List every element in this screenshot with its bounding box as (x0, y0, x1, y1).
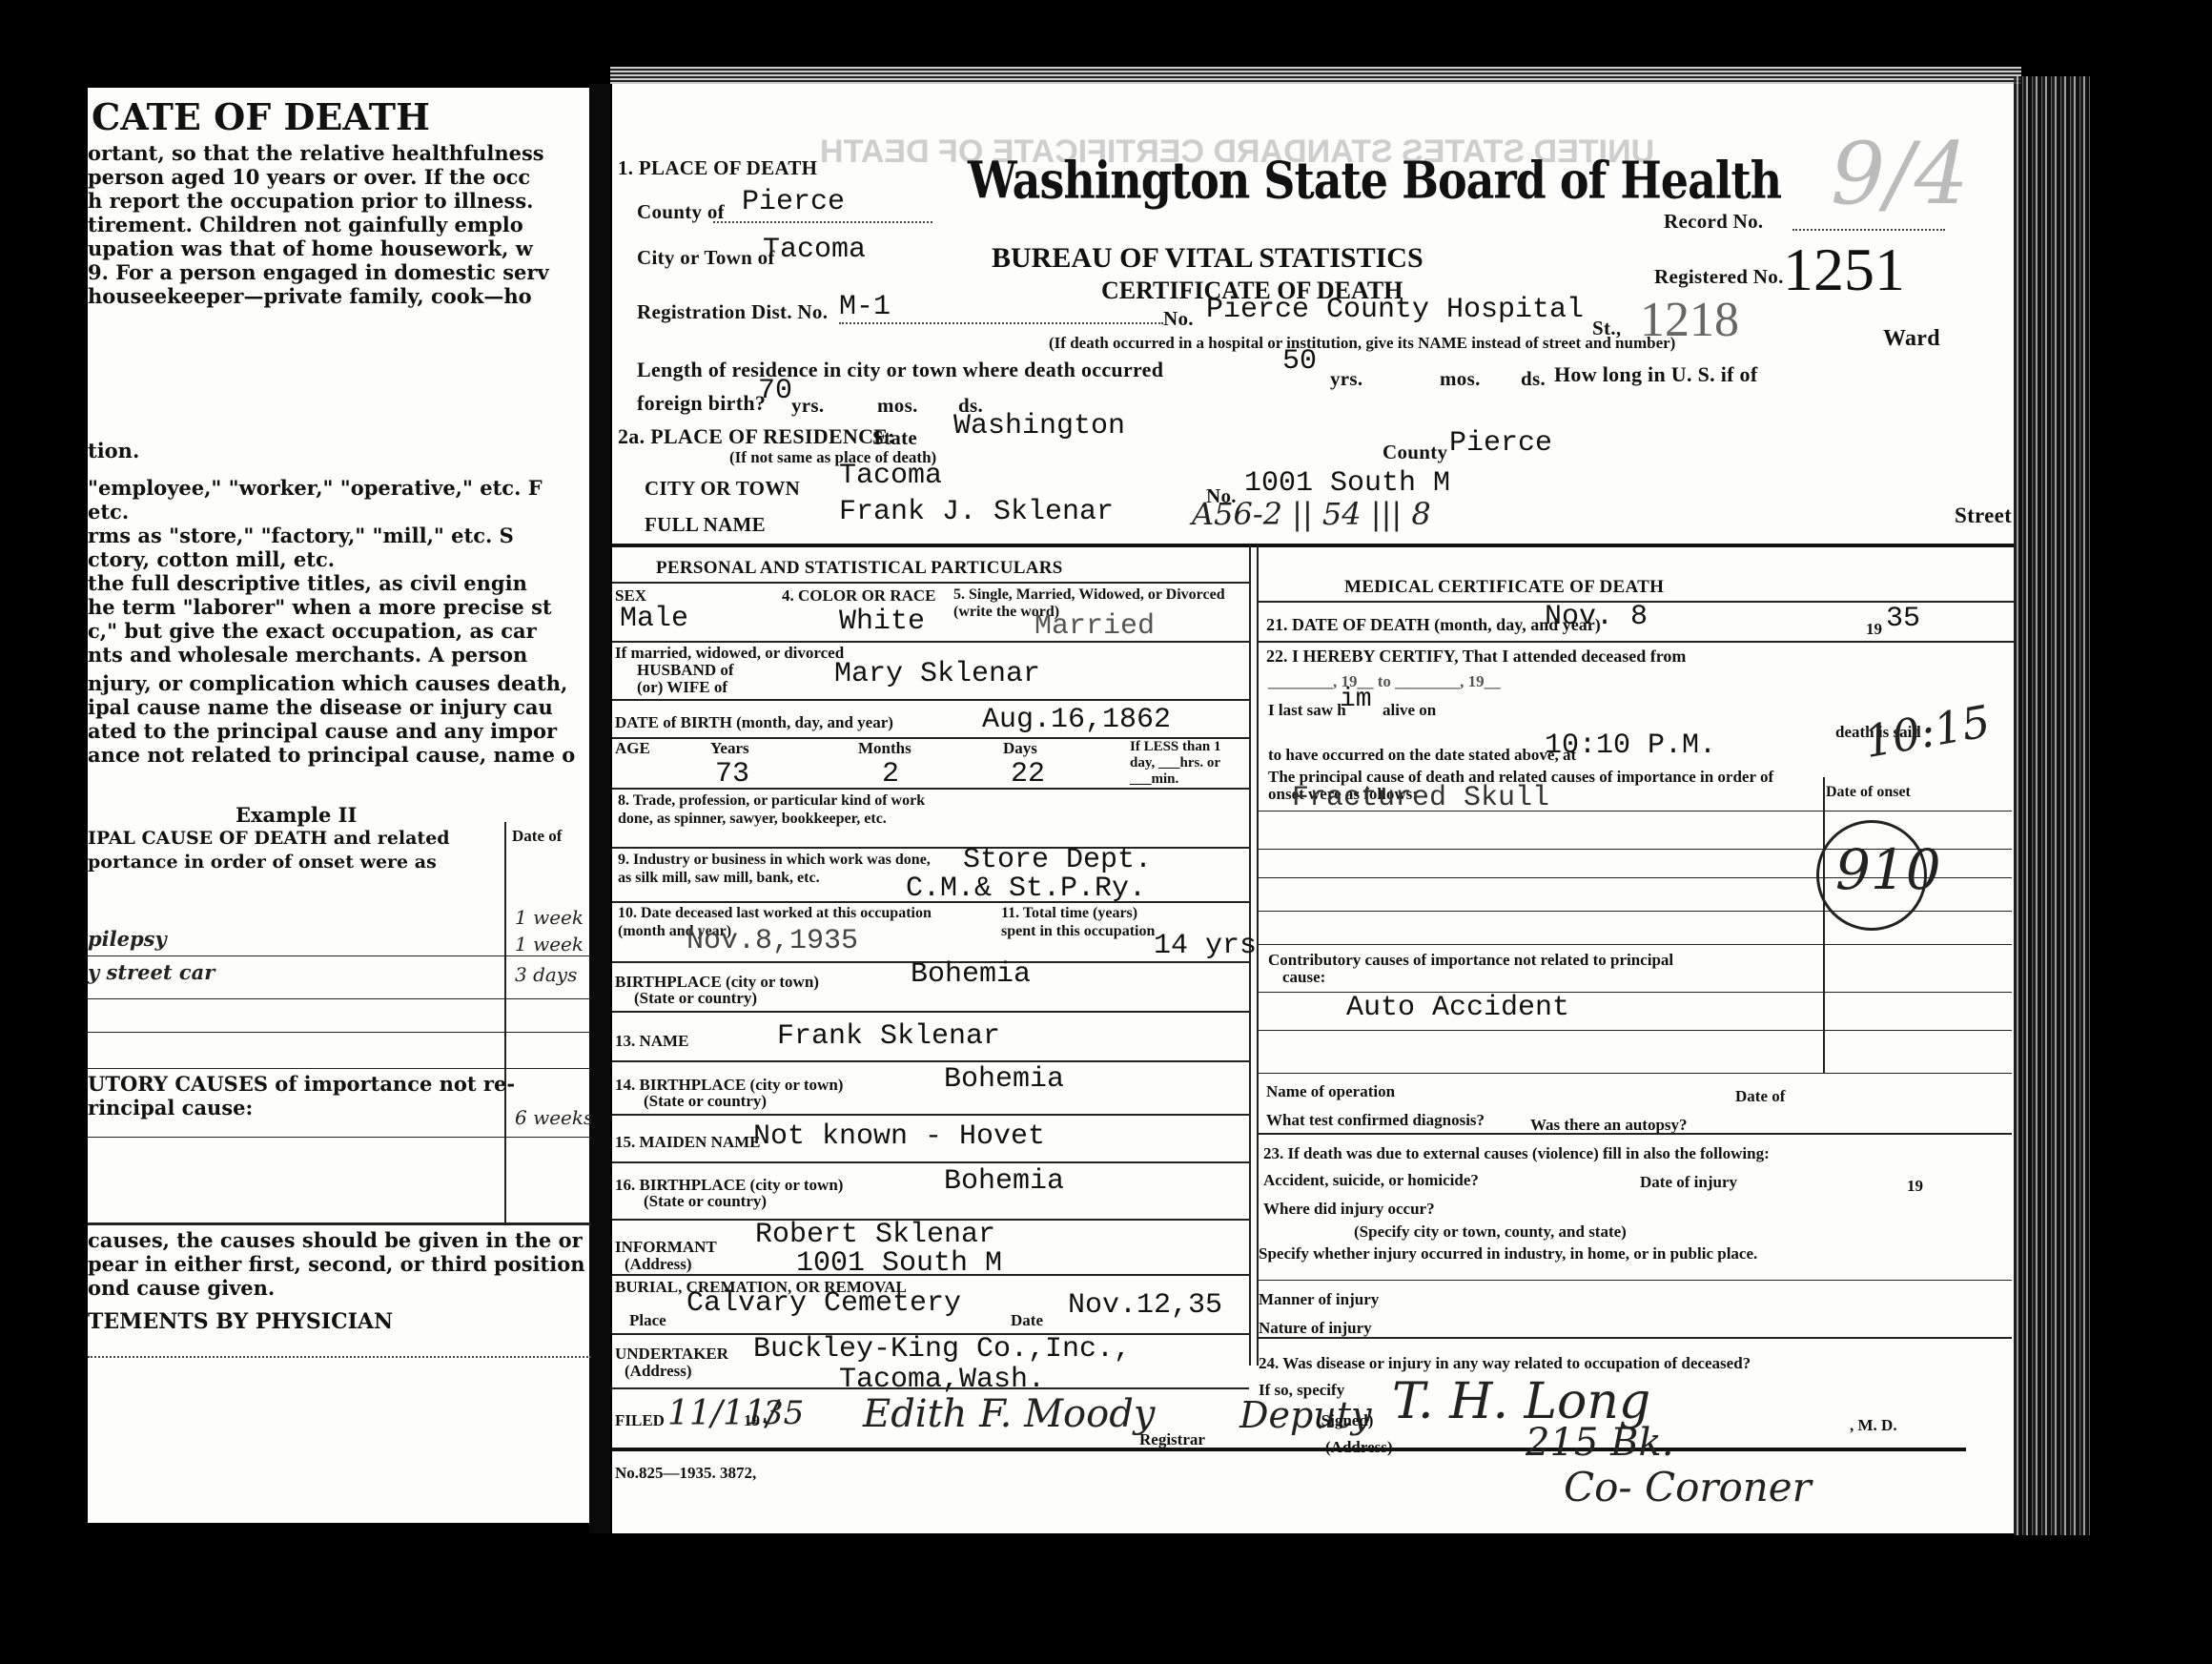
rule (612, 1161, 1249, 1163)
registered-no-value: 1251 (1783, 235, 1905, 305)
signed-label: (Signed) (1316, 1411, 1373, 1430)
mother-maiden-label: 15. MAIDEN NAME (615, 1133, 761, 1152)
record-no-label: Record No. (1664, 210, 1763, 234)
spouse-label-1: If married, widowed, or divorced (615, 644, 844, 663)
mos-label-2: mos. (877, 394, 918, 418)
personal-section-title: PERSONAL AND STATISTICAL PARTICULARS (656, 558, 1063, 579)
residence-state: Washington (953, 410, 1125, 442)
accident-label: Accident, suicide, or homicide? (1263, 1171, 1479, 1190)
burial-date-value: Nov.12,35 (1068, 1289, 1222, 1322)
rule (612, 1011, 1249, 1013)
rule (612, 1060, 1249, 1062)
contributory-label-1: Contributory causes of importance not re… (1268, 951, 1673, 970)
example-cause-2: y street car (88, 960, 215, 984)
rule (1259, 641, 2014, 643)
manner-label: Manner of injury (1259, 1290, 1379, 1309)
yrs-label: yrs. (1330, 367, 1362, 391)
rule (1259, 1337, 2012, 1339)
external-causes-label: 23. If death was due to external causes … (1263, 1144, 1770, 1163)
birthplace-value: Bohemia (911, 958, 1031, 991)
yrs-label-2: yrs. (791, 394, 824, 418)
informant-value: Robert Sklenar (755, 1219, 995, 1251)
left-rule (88, 1068, 591, 1069)
operation-label: Name of operation (1266, 1082, 1395, 1101)
industry-label: 9. Industry or business in which work wa… (618, 851, 932, 887)
instructions-block-4: causes, the causes should be given in th… (88, 1228, 584, 1300)
injury-date-label: Date of injury (1640, 1173, 1737, 1192)
state-label: State (872, 426, 917, 450)
trade-label: 8. Trade, profession, or particular kind… (618, 791, 942, 828)
father-birthplace-sub: (State or country) (644, 1092, 767, 1111)
dob-label: DATE of BIRTH (month, day, and year) (615, 713, 893, 732)
months-label: Months (858, 739, 911, 758)
days-label: Days (1003, 739, 1037, 758)
place-label: Place (629, 1311, 666, 1330)
test-label: What test confirmed diagnosis? (1266, 1111, 1485, 1130)
industry-line-1: Store Dept. (963, 844, 1152, 876)
mother-maiden-value: Not known - Hovet (753, 1120, 1045, 1153)
undertaker-label: UNDERTAKER (615, 1345, 728, 1364)
residence-years: 50 (1282, 345, 1317, 378)
occurred-label: to have occurred on the date stated abov… (1268, 746, 1576, 765)
full-name-label: FULL NAME (645, 513, 766, 537)
left-rule-thick (88, 1222, 591, 1225)
rule (612, 699, 1249, 701)
contributory-cause-value: Auto Accident (1346, 992, 1569, 1024)
principal-cause-value: Fractured Skull (1292, 782, 1549, 814)
city-or-town-label: CITY OR TOWN (645, 477, 800, 501)
industry-line-2: C.M.& St.P.Ry. (906, 873, 1146, 905)
mother-birthplace-sub: (State or country) (644, 1192, 767, 1211)
if-so-label: If so, specify (1259, 1381, 1344, 1400)
ledger-page-edges (2014, 76, 2090, 1535)
left-page-content: CATE OF DEATH ortant, so that the relati… (88, 88, 591, 1523)
county-value: Pierce (742, 186, 845, 218)
instructions-block-3: njury, or complication which causes deat… (88, 671, 575, 767)
nature-label: Nature of injury (1259, 1319, 1372, 1338)
full-name-value: Frank J. Sklenar (839, 496, 1114, 528)
race-value: White (839, 606, 925, 638)
coroner-note: Co- Coroner (1564, 1464, 1812, 1510)
example-lines: IPAL CAUSE OF DEATH and related portance… (88, 827, 450, 874)
left-rule (88, 1032, 591, 1033)
filed-label: FILED (615, 1411, 665, 1430)
rule (612, 1114, 1249, 1116)
city-label: City or Town of (637, 246, 775, 270)
registered-no-label: Registered No. (1654, 265, 1784, 289)
rule (612, 788, 1249, 790)
attended-from-to: ________, 19__ to ________, 19__ (1268, 672, 1501, 691)
left-date-of-onset-label: Date of (512, 827, 562, 846)
last-saw-value: im (1340, 685, 1372, 714)
left-rule (88, 1137, 591, 1138)
left-onset-divider (504, 822, 506, 1222)
rule (1259, 1280, 2012, 1281)
informant-address-label: (Address) (625, 1255, 692, 1274)
age-years-value: 73 (715, 758, 749, 791)
left-dotted-rule (88, 1356, 591, 1358)
rule (1259, 1133, 2012, 1135)
rule (1259, 811, 2012, 811)
place-of-death-label: 1. PLACE OF DEATH (618, 156, 817, 180)
rule (612, 1387, 1249, 1389)
section-divider (612, 544, 2014, 547)
physician-address: 215 Bk. (1526, 1421, 1673, 1465)
registrar-label: Registrar (1139, 1430, 1205, 1449)
race-label: 4. COLOR OR RACE (782, 586, 936, 606)
undertaker-address-label: (Address) (625, 1362, 692, 1381)
residence-length-label: Length of residence in city or town wher… (637, 358, 1163, 382)
total-time-label: 11. Total time (years) spent in this occ… (1001, 904, 1173, 940)
date-of-death-value: Nov. 8 (1545, 601, 1648, 633)
rule (1259, 1030, 2012, 1031)
ds-label: ds. (1521, 367, 1546, 391)
less-than-label: If LESS than 1 day, ___hrs. or ___min. (1130, 739, 1249, 788)
instructions-block-2: tion. "employee," "worker," "operative,"… (88, 439, 552, 667)
age-months-value: 2 (882, 758, 899, 791)
example-cause-1: pilepsy (88, 927, 167, 951)
spouse-label-3: (or) WIFE of (637, 678, 727, 697)
contributory-instructions: UTORY CAUSES of importance not re- rinci… (88, 1072, 515, 1120)
form-number: No.825—1935. 3872, (615, 1464, 756, 1483)
filed-date-value: 11/11/ (667, 1394, 778, 1433)
filed-year-value: 35 (763, 1394, 804, 1432)
where-label: Where did injury occur? (1263, 1200, 1435, 1219)
no-label: No. (1163, 307, 1194, 331)
rule (612, 641, 1249, 643)
injury-year-prefix: 19 (1907, 1177, 1923, 1196)
residence-city: Tacoma (839, 460, 942, 492)
autopsy-label: Was there an autopsy? (1530, 1116, 1688, 1135)
circled-code: 910 (1835, 837, 1941, 902)
example-onset-1: 1 week (515, 933, 584, 955)
county-label: County of (637, 200, 725, 224)
corner-pencil-mark: 9/4 (1831, 124, 1969, 224)
burial-date-label: Date (1011, 1311, 1043, 1330)
where-note: (Specify city or town, county, and state… (1354, 1222, 1627, 1242)
operation-date-label: Date of (1735, 1087, 1785, 1106)
spouse-label-2: HUSBAND of (637, 661, 734, 680)
bottom-rule (612, 1448, 1966, 1451)
age-label: AGE (615, 739, 650, 758)
certify-label: 22. I HEREBY CERTIFY, That I attended de… (1266, 647, 1686, 667)
us-years: 70 (758, 375, 792, 407)
rule (612, 847, 1249, 849)
death-year-prefix: 19 (1866, 620, 1882, 639)
rule (612, 582, 1249, 584)
reg-dist-value: M-1 (839, 291, 891, 323)
board-title: Washington State Board of Health (968, 151, 1781, 210)
father-name-label: 13. NAME (615, 1032, 688, 1051)
age-days-value: 22 (1011, 758, 1045, 791)
last-worked-value: Nov.8,1935 (686, 925, 858, 957)
foreign-birth-label: foreign birth? (637, 391, 766, 416)
left-rule (88, 998, 591, 999)
left-onset-1: 1 week (515, 906, 584, 929)
institution-note: (If death occurred in a hospital or inst… (1049, 334, 1675, 353)
years-label: Years (710, 739, 749, 758)
city-value: Tacoma (763, 234, 866, 266)
county-line (713, 221, 932, 223)
bureau-title: BUREAU OF VITAL STATISTICS (992, 242, 1423, 275)
residence-county: Pierce (1449, 427, 1552, 460)
occupation-related-label: 24. Was disease or injury in any way rel… (1259, 1354, 1751, 1373)
residence-street: 1001 South M (1244, 467, 1450, 500)
handwritten-code: A56-2 || 54 ||| 8 (1192, 496, 1431, 532)
instructions-block-1: ortant, so that the relative healthfulne… (88, 141, 549, 308)
medical-section-title: MEDICAL CERTIFICATE OF DEATH (1344, 577, 1664, 598)
filed-year-prefix: 19 (744, 1411, 760, 1430)
father-name-value: Frank Sklenar (777, 1020, 1000, 1053)
time-of-death-value: 10:10 P.M. (1545, 729, 1716, 762)
death-year-value: 35 (1886, 603, 1920, 635)
dob-value: Aug.16,1862 (982, 704, 1171, 736)
total-time-value: 14 yrs (1154, 930, 1257, 962)
undertaker-value: Buckley-King Co.,Inc., (753, 1333, 1131, 1366)
rule (612, 901, 1249, 903)
last-saw-label: I last saw h (1268, 701, 1346, 720)
left-rule (88, 955, 591, 956)
record-no-line (1792, 229, 1945, 231)
mother-birthplace-value: Bohemia (944, 1165, 1064, 1198)
column-divider-2 (1257, 545, 1259, 1366)
father-birthplace-value: Bohemia (944, 1063, 1064, 1096)
marital-value: Married (1034, 610, 1155, 643)
mos-label: mos. (1440, 367, 1481, 391)
registrar-signature: Edith F. Moody (863, 1392, 1155, 1436)
informant-label: INFORMANT (615, 1238, 717, 1257)
burial-place-value: Calvary Cemetery (686, 1287, 961, 1320)
statements-heading: TEMENTS BY PHYSICIAN (88, 1310, 393, 1334)
undertaker-address-value: Tacoma,Wash. (839, 1364, 1045, 1396)
how-long-label: How long in U. S. if of (1554, 362, 1757, 387)
onset-column-divider (1823, 777, 1825, 1073)
residence-county-label: County (1382, 441, 1447, 464)
example-onset-2: 3 days (515, 963, 577, 986)
date-of-onset-label: Date of onset (1826, 784, 1911, 801)
physician-address-label: (Address) (1325, 1438, 1393, 1457)
md-label: , M. D. (1850, 1416, 1897, 1435)
specify-place-label: Specify whether injury occurred in indus… (1259, 1244, 1757, 1263)
book-gutter (589, 84, 610, 1533)
rule (1259, 1073, 2012, 1074)
rule (1259, 944, 2012, 945)
ledger-top-edge (610, 67, 2021, 84)
left-heading: CATE OF DEATH (92, 95, 430, 138)
alive-on-label: alive on (1382, 701, 1436, 720)
example-heading: Example II (236, 803, 357, 827)
spouse-value: Mary Sklenar (834, 658, 1040, 690)
rule (612, 1274, 1249, 1276)
street-label: Street (1955, 503, 2012, 528)
contributory-onset: 6 weeks (515, 1106, 591, 1129)
residence-label: 2a. PLACE OF RESIDENCE: (618, 424, 895, 449)
ward-label: Ward (1883, 326, 1940, 352)
contributory-label-2: cause: (1282, 968, 1325, 987)
birthplace-sub: (State or country) (634, 989, 757, 1008)
institution-value: Pierce County Hospital (1206, 294, 1584, 326)
sex-value: Male (620, 603, 688, 635)
reg-dist-label: Registration Dist. No. (637, 300, 828, 324)
